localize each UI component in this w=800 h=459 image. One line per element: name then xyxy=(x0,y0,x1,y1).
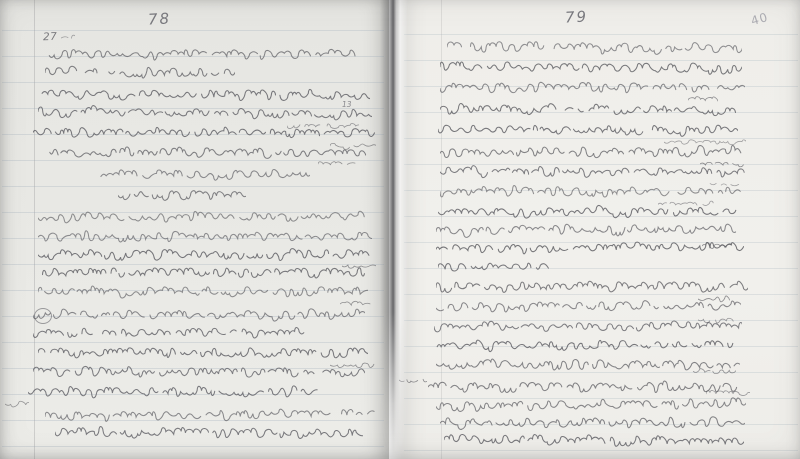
handwritten-line xyxy=(438,256,550,279)
superscript-note: 13 xyxy=(342,100,352,109)
handwritten-line xyxy=(38,281,368,303)
handwritten-line xyxy=(45,62,235,85)
handwritten-note xyxy=(399,373,427,387)
ruled-line xyxy=(2,446,384,447)
handwritten-note xyxy=(706,177,740,191)
handwritten-note xyxy=(330,358,376,372)
handwritten-note xyxy=(342,259,376,273)
handwritten-line xyxy=(55,421,363,445)
handwritten-line xyxy=(28,381,320,404)
handwritten-note xyxy=(5,397,29,411)
handwritten-note xyxy=(688,93,718,107)
handwritten-note xyxy=(61,31,75,45)
handwritten-note xyxy=(706,387,750,401)
page-number-left: 78 xyxy=(148,9,172,28)
handwritten-note xyxy=(340,297,372,311)
handwritten-note xyxy=(688,364,736,378)
handwritten-note xyxy=(330,139,376,153)
circled-glyph-mark xyxy=(34,308,52,324)
page-number-right: 79 xyxy=(565,7,589,26)
corner-note-left: 27 xyxy=(43,31,58,43)
handwritten-note xyxy=(658,197,720,212)
manuscript-scan: 78 79 40 27 13 xyxy=(0,0,800,459)
handwritten-note xyxy=(664,135,746,149)
corner-note-left-digits: 27 xyxy=(43,31,58,43)
handwritten-line xyxy=(118,184,246,207)
ruled-line xyxy=(2,30,384,31)
handwritten-note xyxy=(287,119,359,133)
handwritten-note xyxy=(702,239,734,253)
handwritten-note xyxy=(698,313,740,327)
handwritten-note xyxy=(318,157,358,171)
handwritten-note xyxy=(698,292,734,306)
ruled-line xyxy=(404,34,798,35)
handwritten-line xyxy=(444,429,744,454)
handwritten-note xyxy=(700,157,744,171)
